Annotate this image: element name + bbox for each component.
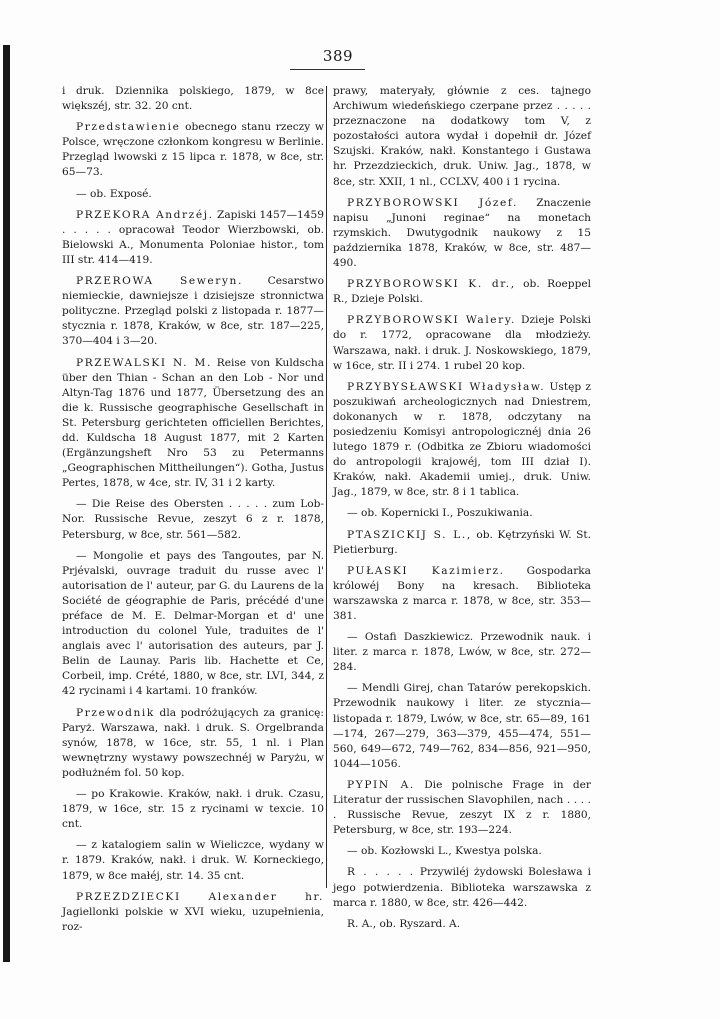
entry-heading: PRZEROWA Seweryn. — [76, 275, 243, 287]
entry-text: Reise von Kuldscha über den Thian - Scha… — [62, 357, 324, 490]
bibliography-entry: PRZEROWA Seweryn. Cesarstwo niemieckie, … — [62, 274, 324, 349]
bibliography-entry: PTASZICKIJ S. L., ob. Kętrzyński W. St. … — [333, 528, 591, 558]
entry-heading: Przewodnik — [76, 707, 155, 719]
entry-text: — ob. Kozłowski L., Kwestya polska. — [347, 845, 542, 857]
entry-text: — ob. Kopernicki I., Poszukiwania. — [347, 507, 533, 519]
header-rule — [290, 69, 365, 70]
bibliography-entry: — ob. Kozłowski L., Kwestya polska. — [333, 844, 591, 859]
right-column: prawy, materyały, głównie z ces. tajnego… — [333, 84, 591, 938]
entry-heading: PRZEKORA Andrzéj. — [76, 209, 214, 221]
bibliography-entry: PRZYBOROWSKI Walery. Dzieje Polski do r.… — [333, 313, 591, 373]
entry-text: — Mongolie et pays des Tangoutes, par N.… — [62, 550, 324, 698]
bibliography-entry: PRZEKORA Andrzéj. Zapiski 1457—1459 . . … — [62, 208, 324, 268]
entry-text: — po Krakowie. Kraków, nakł. i druk. Cza… — [62, 788, 324, 830]
bibliography-entry: PRZEZDZIECKI Alexander hr. Jagiellonki p… — [62, 890, 324, 935]
entry-text: — Ostafi Daszkiewicz. Przewodnik nauk. i… — [333, 631, 591, 673]
entry-heading: R . . . . . — [347, 866, 415, 878]
entry-text: — z katalogiem salin w Wieliczce, wydany… — [62, 839, 324, 881]
bibliography-entry: PYPIN A. Die polnische Frage in der Lite… — [333, 778, 591, 838]
continued-entry: i druk. Dziennika polskiego, 1879, w 8ce… — [62, 84, 324, 114]
entry-heading: PRZYBOROWSKI Walery. — [347, 314, 516, 326]
entry-text: Jagiellonki polskie w XVI wieku, uzupełn… — [62, 906, 324, 933]
entry-text: — Die Reise des Obersten . . . . . zum L… — [62, 498, 324, 540]
entry-heading: PUŁASKI Kazimierz. — [347, 565, 505, 577]
left-column: i druk. Dziennika polskiego, 1879, w 8ce… — [62, 84, 324, 941]
bibliography-entry: — Die Reise des Obersten . . . . . zum L… — [62, 497, 324, 542]
bibliography-entry: — ob. Exposé. — [62, 187, 324, 202]
entry-text: — ob. Exposé. — [76, 188, 152, 200]
entry-heading: PTASZICKIJ S. L., — [347, 529, 472, 541]
bibliography-entry: PRZYBYSŁAWSKI Władysław. Ustęp z poszuki… — [333, 380, 591, 501]
entry-heading: PRZYBOROWSKI Józef. — [347, 197, 518, 209]
bibliography-entry: R. A., ob. Ryszard. A. — [333, 917, 591, 932]
entry-text: R. A., ob. Ryszard. A. — [347, 918, 460, 930]
entry-heading: PRZEWALSKI N. M. — [76, 357, 212, 369]
bibliography-entry: PRZYBOROWSKI K. dr., ob. Roeppel R., Dzi… — [333, 277, 591, 307]
bibliography-entry: — Mongolie et pays des Tangoutes, par N.… — [62, 549, 324, 700]
entry-text: prawy, materyały, głównie z ces. tajnego… — [333, 85, 591, 188]
entry-text: Ustęp z poszukiwań archeologicznych nad … — [333, 381, 591, 499]
entry-heading: PRZEZDZIECKI Alexander hr. — [76, 891, 324, 903]
entry-heading: PRZYBYSŁAWSKI Władysław. — [347, 381, 545, 393]
bibliography-entry: — z katalogiem salin w Wieliczce, wydany… — [62, 838, 324, 883]
entry-heading: PYPIN A. — [347, 779, 415, 791]
scan-edge-bar — [3, 45, 10, 962]
entry-text: — Mendli Girej, chan Tatarów perekopskic… — [333, 682, 591, 769]
bibliography-entry: Przewodnik dla podróżujących za granicę:… — [62, 706, 324, 781]
bibliography-entry: PUŁASKI Kazimierz. Gospodarka królowéj B… — [333, 564, 591, 624]
column-divider — [326, 86, 327, 888]
bibliography-entry: — ob. Kopernicki I., Poszukiwania. — [333, 506, 591, 521]
bibliography-entry: R . . . . . Przywiléj żydowski Bolesława… — [333, 865, 591, 910]
bibliography-entry: — po Krakowie. Kraków, nakł. i druk. Cza… — [62, 787, 324, 832]
bibliography-entry: PRZYBOROWSKI Józef. Znaczenie napisu „Ju… — [333, 196, 591, 271]
entry-text: i druk. Dziennika polskiego, 1879, w 8ce… — [62, 85, 324, 112]
bibliography-entry: Przedstawienie obecnego stanu rzeczy w P… — [62, 120, 324, 180]
page-number: 389 — [318, 47, 358, 65]
continued-entry: prawy, materyały, głównie z ces. tajnego… — [333, 84, 591, 190]
bibliography-entry: PRZEWALSKI N. M. Reise von Kuldscha über… — [62, 356, 324, 492]
bibliography-entry: — Ostafi Daszkiewicz. Przewodnik nauk. i… — [333, 630, 591, 675]
entry-heading: PRZYBOROWSKI K. dr., — [347, 278, 516, 290]
entry-heading: Przedstawienie — [76, 121, 180, 133]
bibliography-entry: — Mendli Girej, chan Tatarów perekopskic… — [333, 681, 591, 772]
